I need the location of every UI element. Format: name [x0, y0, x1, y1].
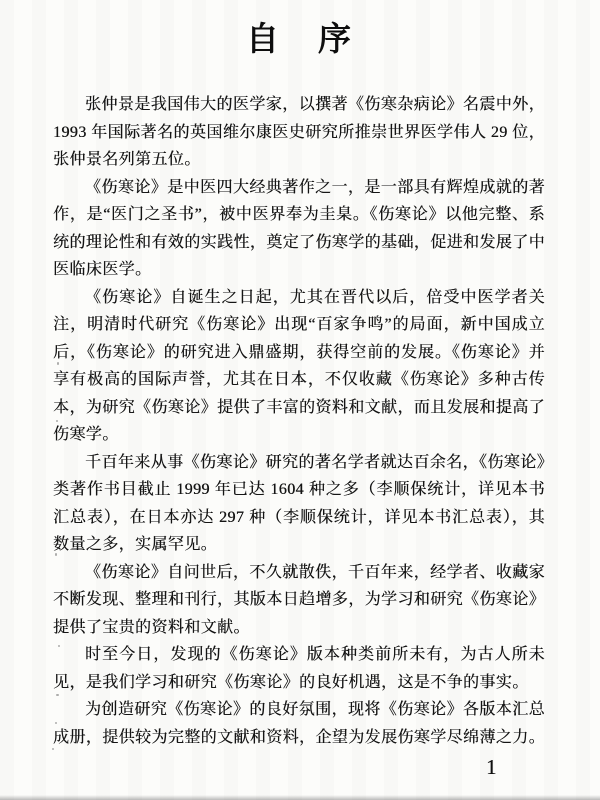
- scan-speck: [52, 748, 54, 750]
- paragraph: 《伤寒论》自诞生之日起，尤其在晋代以后，倍受中医学者关注，明清时代研究《伤寒论》…: [53, 284, 545, 449]
- scan-edge-bottom: [0, 795, 600, 800]
- scan-speck: [57, 362, 59, 365]
- page-title: 自 序: [0, 22, 600, 55]
- paragraph: 为创造研究《伤寒论》的良好氛围，现将《伤寒论》各版本汇总成册，提供较为完整的文献…: [53, 696, 545, 751]
- paragraph: 时至今日，发现的《伤寒论》版本种类前所未有，为古人所未见，是我们学习和研究《伤寒…: [53, 641, 545, 696]
- scan-speck: [55, 722, 57, 724]
- paragraph: 《伤寒论》是中医四大经典著作之一，是一部具有辉煌成就的著作，是“医门之圣书”，被…: [53, 174, 545, 284]
- paragraph: 千百年来从事《伤寒论》研究的著名学者就达百余名，《伤寒论》类著作书目截止 199…: [53, 449, 545, 559]
- book-page: 自 序 张仲景是我国伟大的医学家，以撰著《伤寒杂病论》名震中外，1993 年国际…: [0, 0, 600, 800]
- paragraph: 《伤寒论》自问世后，不久就散佚，千百年来，经学者、收藏家不断发现、整理和刊行，其…: [53, 559, 545, 642]
- scan-speck: [55, 553, 57, 556]
- scan-speck: [56, 420, 58, 422]
- preface-body: 张仲景是我国伟大的医学家，以撰著《伤寒杂病论》名震中外，1993 年国际著名的英…: [53, 91, 545, 751]
- page-number: 1: [486, 757, 497, 778]
- paragraph: 张仲景是我国伟大的医学家，以撰著《伤寒杂病论》名震中外，1993 年国际著名的英…: [53, 91, 545, 174]
- scan-speck: [58, 645, 60, 647]
- scan-speck: [56, 694, 59, 696]
